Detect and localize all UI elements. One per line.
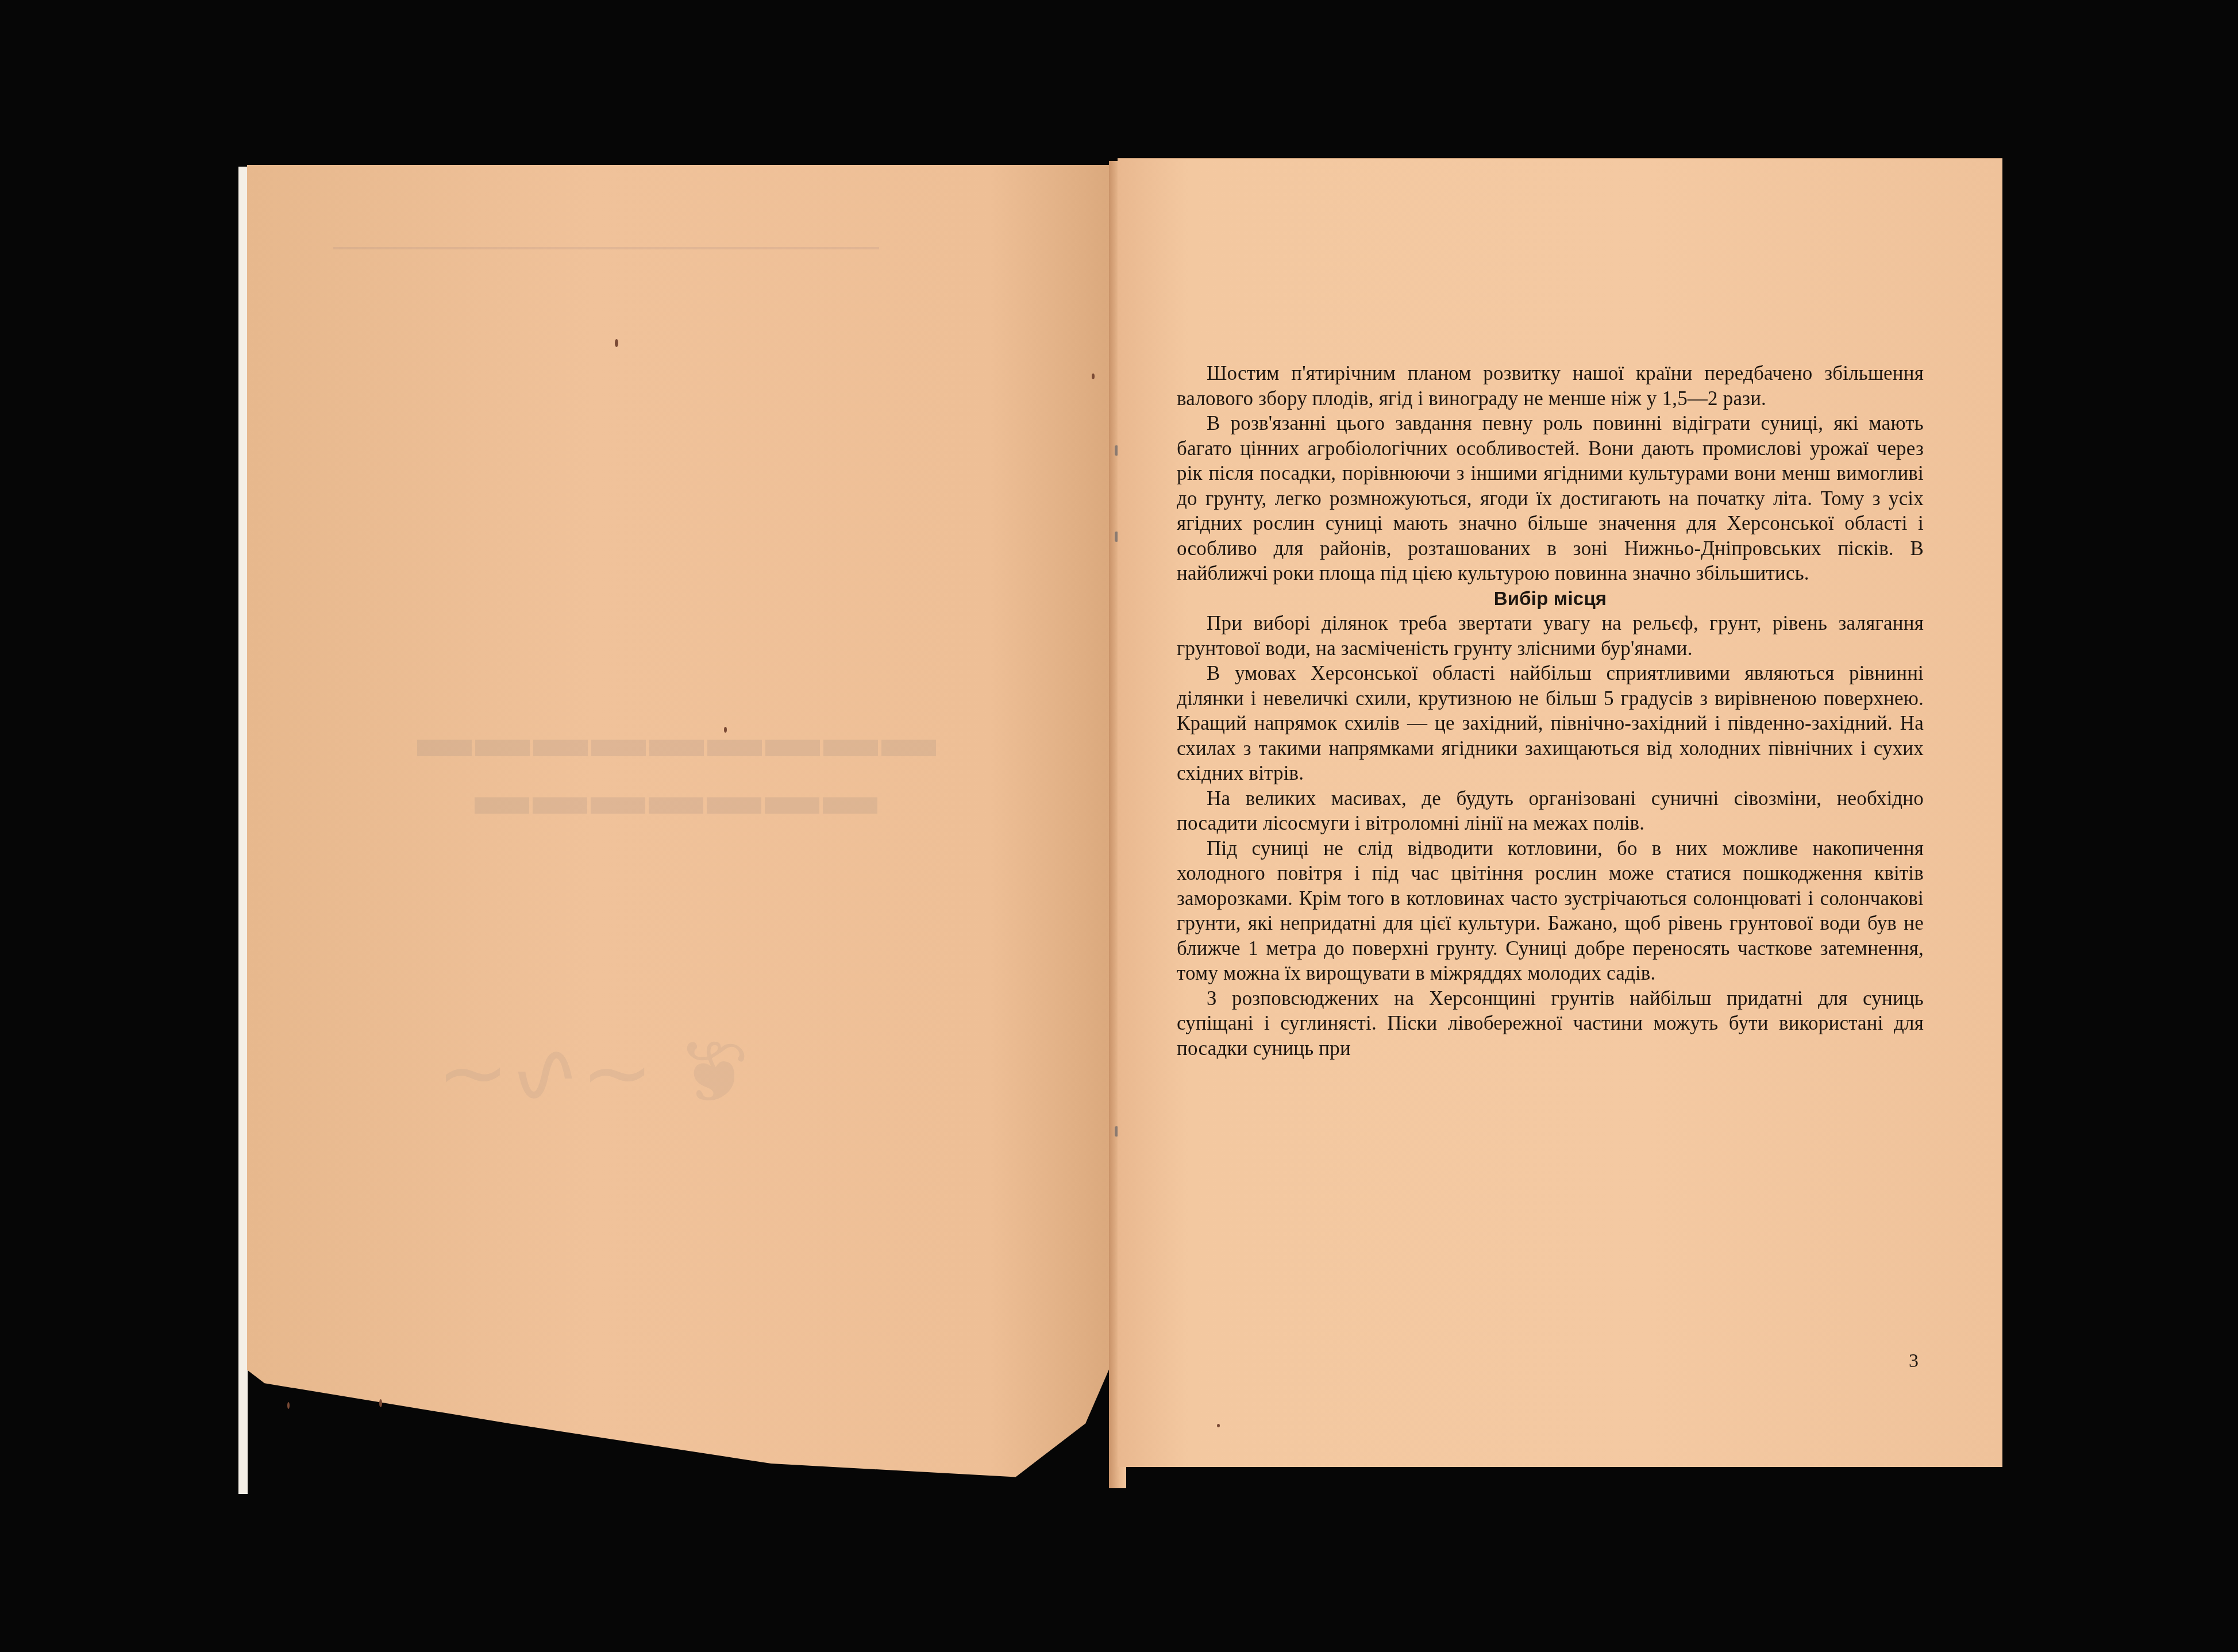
paper-speck bbox=[1217, 1424, 1220, 1427]
paper-speck bbox=[615, 339, 618, 347]
bleed-through-rule bbox=[333, 247, 879, 249]
paragraph: Під суниці не слід відводити котловини, … bbox=[1177, 836, 1924, 986]
left-page bbox=[247, 165, 1120, 1504]
bleed-through-illustration: ❦ ∽∿∽ bbox=[437, 1023, 749, 1123]
paper-speck bbox=[287, 1402, 290, 1409]
paper-speck bbox=[724, 727, 727, 733]
paragraph: З розповсюджених на Херсонщині грунтів н… bbox=[1177, 986, 1924, 1061]
paper-speck bbox=[1092, 373, 1095, 379]
paragraph: При виборі ділянок треба звертати увагу … bbox=[1177, 611, 1924, 661]
paper-speck bbox=[379, 1399, 382, 1407]
left-page-edge bbox=[238, 167, 248, 1494]
body-text: Шостим п'ятирічним планом розвитку нашої… bbox=[1177, 361, 1924, 1061]
booklet-spread: ▬▬▬▬▬▬▬▬▬ ▬▬▬▬▬▬▬ ❦ ∽∿∽ Шостим п'ятирічн… bbox=[0, 0, 2238, 1652]
paragraph: В розв'язанні цього завдання певну роль … bbox=[1177, 411, 1924, 586]
paragraph: Шостим п'ятирічним планом розвитку нашої… bbox=[1177, 361, 1924, 411]
page-number: 3 bbox=[1909, 1350, 1919, 1372]
paragraph: В умовах Херсонської області найбільш сп… bbox=[1177, 661, 1924, 786]
section-heading: Вибір місця bbox=[1177, 586, 1924, 611]
bleed-through-text: ▬▬▬▬▬▬▬▬▬ bbox=[414, 707, 936, 769]
paragraph: На великих масивах, де будуть організова… bbox=[1177, 786, 1924, 836]
bleed-through-text: ▬▬▬▬▬▬▬ bbox=[471, 764, 877, 827]
